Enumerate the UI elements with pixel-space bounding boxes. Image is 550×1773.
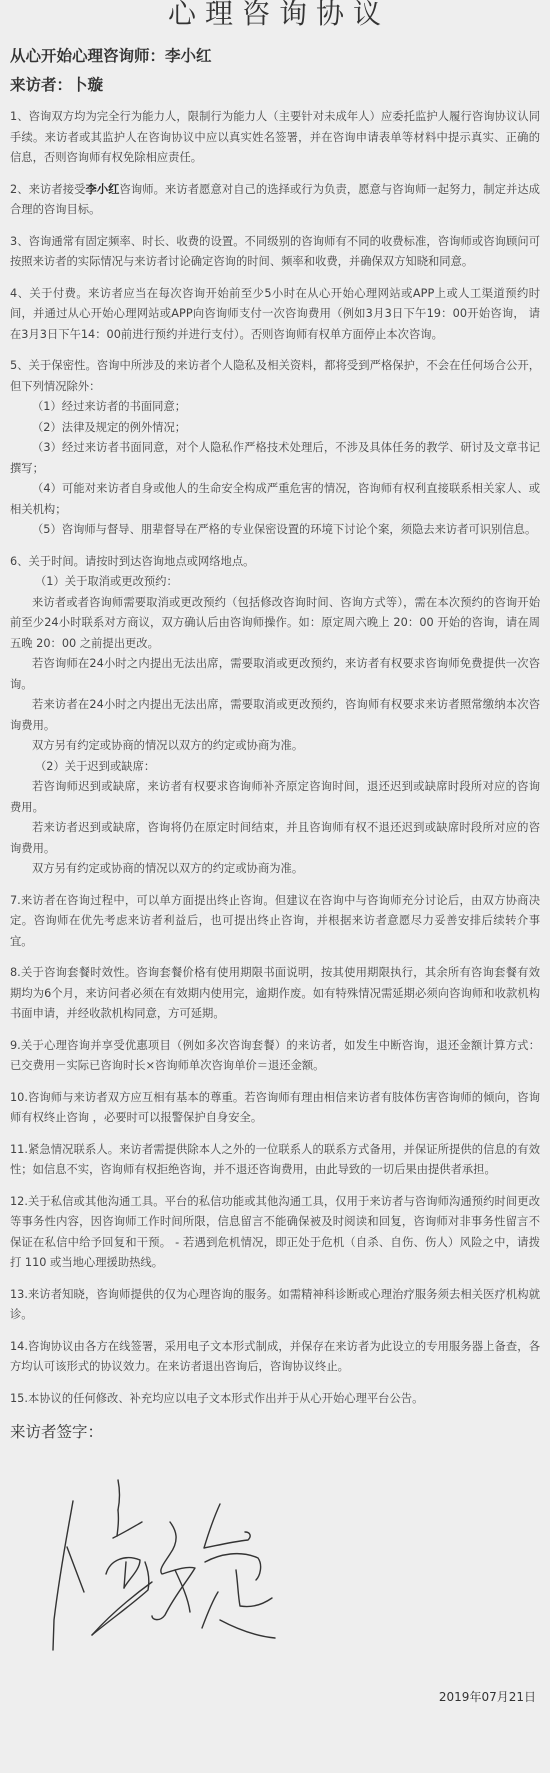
- clause-6-sub1-para: 若来访者在24小时之内提出无法出席，需要取消或更改预约，咨询师有权要求来访者照常…: [10, 695, 540, 736]
- clause-6-sub1-para: 来访者或者咨询师需要取消或更改预约（包括修改咨询时间、咨询方式等），需在本次预约…: [10, 593, 540, 655]
- clause-5-item: （5）咨询师与督导、朋辈督导在严格的专业保密设置的环境下讨论个案，须隐去来访者可…: [10, 520, 540, 541]
- page-title: 心理咨询协议: [10, 0, 540, 38]
- clause-14: 14.咨询协议由各方在线签署，采用电子文本形式制成，并保存在来访者为此设立的专用…: [10, 1337, 540, 1378]
- clause-4: 4、关于付费。来访者应当在每次咨询开始前至少5小时在从心开始心理网站或APP上或…: [10, 284, 540, 346]
- clause-2: 2、来访者接受李小红咨询师。来访者愿意对自己的选择或行为负责，愿意与咨询师一起努…: [10, 180, 540, 221]
- clause-5-item: （1）经过来访者的书面同意；: [10, 397, 540, 418]
- signing-date: 2019年07月21日: [439, 1688, 536, 1705]
- clause-2-prefix: 2、来访者接受: [10, 183, 85, 196]
- clause-6-sub2-para: 双方另有约定或协商的情况以双方的约定或协商为准。: [10, 859, 540, 880]
- clause-15: 15.本协议的任何修改、补充均应以电子文本形式作出并于从心开始心理平台公告。: [10, 1389, 540, 1410]
- clause-3: 3、咨询通常有固定频率、时长、收费的设置。不同级别的咨询师有不同的收费标准，咨询…: [10, 232, 540, 273]
- clause-12: 12.关于私信或其他沟通工具。平台的私信功能或其他沟通工具，仅用于来访者与咨询师…: [10, 1192, 540, 1274]
- clause-5-item: （4）可能对来访者自身或他人的生命安全构成严重危害的情况，咨询师有权利直接联系相…: [10, 479, 540, 520]
- handwritten-signature: [0, 1470, 300, 1670]
- clause-10: 10.咨询师与来访者双方应互相有基本的尊重。若咨询师有理由相信来访者有肢体伤害咨…: [10, 1088, 540, 1129]
- clause-5-intro: 5、关于保密性。咨询中所涉及的来访者个人隐私及相关资料，都将受到严格保护，不会在…: [10, 356, 540, 397]
- clause-5-item: （2）法律及规定的例外情况；: [10, 418, 540, 439]
- agreement-document: 心理咨询协议 从心开始心理咨询师：李小红 来访者：卜璇 1、咨询双方均为完全行为…: [0, 0, 550, 1444]
- clause-8: 8.关于咨询套餐时效性。咨询套餐价格有使用期限书面说明，按其使用期限执行，其余所…: [10, 963, 540, 1025]
- clause-5-item: （3）经过来访者书面同意，对个人隐私作严格技术处理后，不涉及具体任务的教学、研讨…: [10, 438, 540, 479]
- clause-6-sub2-para: 若来访者迟到或缺席，咨询将仍在原定时间结束，并且咨询师有权不退还迟到或缺席时段所…: [10, 818, 540, 859]
- clause-6: 6、关于时间。请按时到达咨询地点或网络地点。 （1）关于取消或更改预约： 来访者…: [10, 552, 540, 880]
- clause-11: 11.紧急情况联系人。来访者需提供除本人之外的一位联系人的联系方式备用，并保证所…: [10, 1140, 540, 1181]
- signature-label: 来访者签字：: [10, 1420, 540, 1444]
- clause-9: 9.关于心理咨询并享受优惠项目（例如多次咨询套餐）的来访者，如发生中断咨询，退还…: [10, 1036, 540, 1077]
- clause-13: 13.来访者知晓，咨询师提供的仅为心理咨询的服务。如需精神科诊断或心理治疗服务须…: [10, 1285, 540, 1326]
- clause-6-sub1-para: 若咨询师在24小时之内提出无法出席，需要取消或更改预约，来访者有权要求咨询师免费…: [10, 654, 540, 695]
- clause-5: 5、关于保密性。咨询中所涉及的来访者个人隐私及相关资料，都将受到严格保护，不会在…: [10, 356, 540, 541]
- clause-6-sub1-title: （1）关于取消或更改预约：: [10, 572, 540, 593]
- clause-1: 1、咨询双方均为完全行为能力人，限制行为能力人（主要针对未成年人）应委托监护人履…: [10, 107, 540, 169]
- counselor-name: 李小红: [85, 183, 119, 196]
- clause-6-intro: 6、关于时间。请按时到达咨询地点或网络地点。: [10, 552, 540, 573]
- clause-6-sub2-title: （2）关于迟到或缺席：: [10, 757, 540, 778]
- clause-6-sub1-para: 双方另有约定或协商的情况以双方的约定或协商为准。: [10, 736, 540, 757]
- clause-7: 7.来访者在咨询过程中，可以单方面提出终止咨询。但建议在咨询中与咨询师充分讨论后…: [10, 891, 540, 953]
- counselor-line: 从心开始心理咨询师：李小红: [10, 46, 540, 75]
- client-line: 来访者：卜璇: [10, 75, 540, 107]
- clause-6-sub2-para: 若咨询师迟到或缺席，来访者有权要求咨询师补齐原定咨询时间，退还迟到或缺席时段所对…: [10, 777, 540, 818]
